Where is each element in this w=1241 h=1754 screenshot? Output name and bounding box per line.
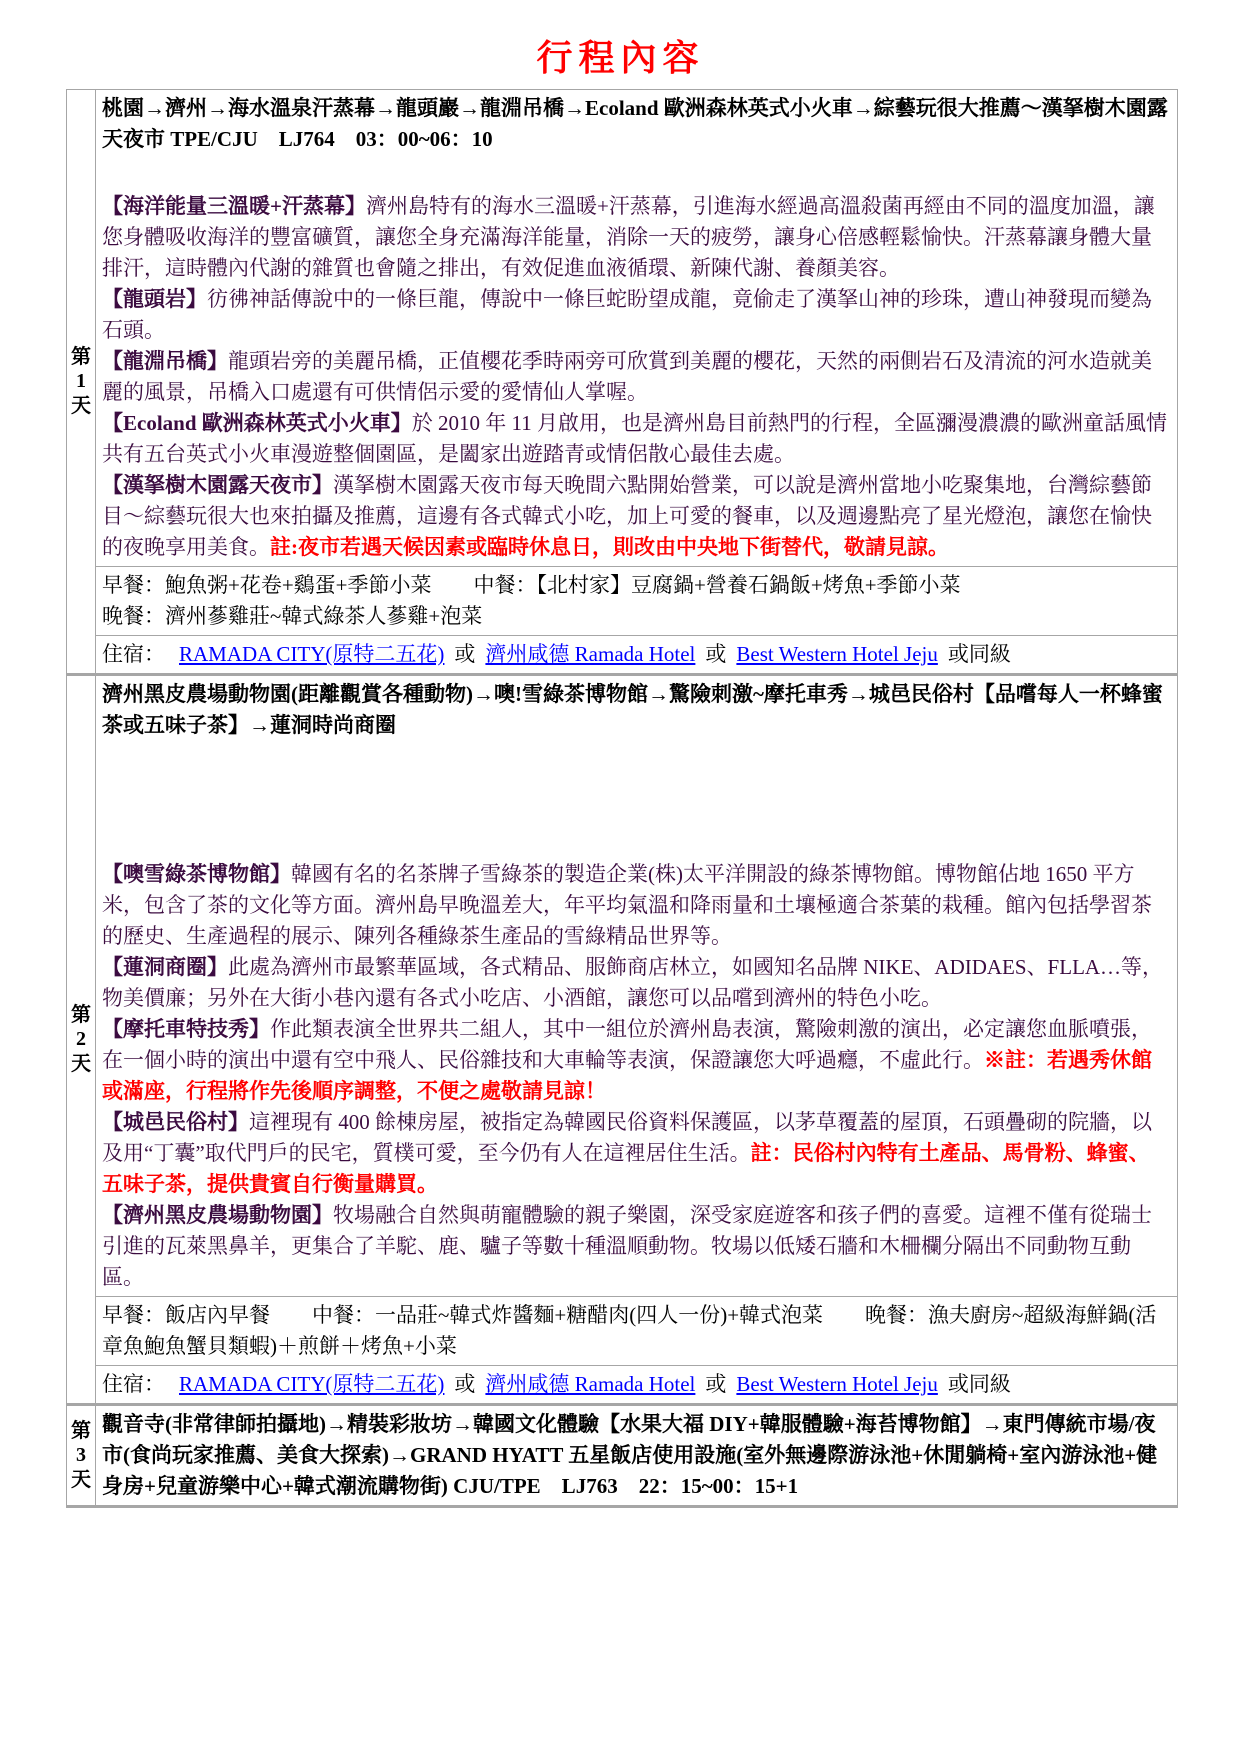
paragraph: 【摩托車特技秀】作此類表演全世界共二組人，其中一組位於濟州島表演，驚險刺激的演出…	[102, 1014, 1169, 1107]
day-1-label: 第 1 天	[67, 90, 96, 673]
paragraph: 【龍頭岩】彷彿神話傳說中的一條巨龍，傳說中一條巨蛇盼望成龍，竟偷走了漢拏山神的珍…	[102, 284, 1169, 346]
day-label-char: 第	[71, 1003, 91, 1027]
day-3-content: 觀音寺(非常律師拍攝地)→精裝彩妝坊→韓國文化體驗【水果大福 DIY+韓服體驗+…	[96, 1406, 1177, 1505]
paragraph-head: 【龍淵吊橋】	[102, 349, 228, 373]
paragraph-head: 【蓮洞商圈】	[102, 955, 228, 979]
meals-line: 晚餐：濟州蔘雞莊~韓式綠茶人蔘雞+泡菜	[102, 601, 1169, 632]
hotel-link-ramada-city[interactable]: RAMADA CITY(原特二五花)	[179, 1372, 444, 1396]
paragraph: 【龍淵吊橋】龍頭岩旁的美麗吊橋，正值櫻花季時兩旁可欣賞到美麗的櫻花，天然的兩側岩…	[102, 346, 1169, 408]
paragraph: 【噢雪綠茶博物館】韓國有名的名茶牌子雪綠茶的製造企業(株)太平洋開設的綠茶博物館…	[102, 859, 1169, 952]
hotel-link-best-western[interactable]: Best Western Hotel Jeju	[736, 642, 937, 666]
day-1-description-cell: 桃園→濟州→海水溫泉汗蒸幕→龍頭巖→龍淵吊橋→Ecoland 歐洲森林英式小火車…	[96, 90, 1177, 566]
day-label-char: 2	[76, 1027, 86, 1051]
day-2-description-cell: 濟州黑皮農場動物園(距離觀賞各種動物)→噢!雪綠茶博物館→驚險刺激~摩托車秀→城…	[96, 676, 1177, 1296]
day-2-hotel-row: 住宿：RAMADA CITY(原特二五花)或濟州咸德 Ramada Hotel或…	[96, 1365, 1177, 1403]
day-1-block: 第 1 天 桃園→濟州→海水溫泉汗蒸幕→龍頭巖→龍淵吊橋→Ecoland 歐洲森…	[67, 90, 1177, 673]
day-2-block: 第 2 天 濟州黑皮農場動物園(距離觀賞各種動物)→噢!雪綠茶博物館→驚險刺激~…	[67, 673, 1177, 1403]
hotel-label: 住宿：	[102, 642, 165, 666]
paragraph-head: 【漢拏樹木園露天夜市】	[102, 473, 333, 497]
meals-line: 早餐：鮑魚粥+花卷+鷄蛋+季節小菜 中餐：【北村家】豆腐鍋+營養石鍋飯+烤魚+季…	[102, 570, 1169, 601]
day-3-description-cell: 觀音寺(非常律師拍攝地)→精裝彩妝坊→韓國文化體驗【水果大福 DIY+韓服體驗+…	[96, 1406, 1177, 1505]
paragraph-head: 【Ecoland 歐洲森林英式小火車】	[102, 411, 412, 435]
paragraph: 【Ecoland 歐洲森林英式小火車】於 2010 年 11 月啟用，也是濟州島…	[102, 408, 1169, 470]
paragraph: 【城邑民俗村】這裡現有 400 餘棟房屋，被指定為韓國民俗資料保護區，以茅草覆蓋…	[102, 1107, 1169, 1200]
hotel-link-ramada-hamdeok[interactable]: 濟州咸德 Ramada Hotel	[485, 642, 695, 666]
hotel-link-ramada-hamdeok[interactable]: 濟州咸德 Ramada Hotel	[485, 1372, 695, 1396]
hotel-separator: 或	[705, 1372, 726, 1396]
day-2-label: 第 2 天	[67, 676, 96, 1403]
day-1-content: 桃園→濟州→海水溫泉汗蒸幕→龍頭巖→龍淵吊橋→Ecoland 歐洲森林英式小火車…	[96, 90, 1177, 673]
day-label-char: 第	[71, 1419, 91, 1443]
page-title: 行程內容	[0, 0, 1241, 81]
paragraph-text: 彷彿神話傳說中的一條巨龍，傳說中一條巨蛇盼望成龍，竟偷走了漢拏山神的珍珠，遭山神…	[102, 287, 1152, 342]
day-label-char: 天	[71, 1052, 91, 1076]
hotel-tail: 或同級	[948, 642, 1011, 666]
day-label-char: 3	[76, 1443, 86, 1467]
day-1-route-title: 桃園→濟州→海水溫泉汗蒸幕→龍頭巖→龍淵吊橋→Ecoland 歐洲森林英式小火車…	[102, 93, 1169, 155]
itinerary-table: 第 1 天 桃園→濟州→海水溫泉汗蒸幕→龍頭巖→龍淵吊橋→Ecoland 歐洲森…	[66, 89, 1178, 1508]
paragraph-head: 【海洋能量三溫暖+汗蒸幕】	[102, 194, 366, 218]
paragraph: 【蓮洞商圈】此處為濟州市最繁華區域，各式精品、服飾商店林立，如國知名品牌 NIK…	[102, 952, 1169, 1014]
day-1-hotel-row: 住宿：RAMADA CITY(原特二五花)或濟州咸德 Ramada Hotel或…	[96, 635, 1177, 673]
day-3-label: 第 3 天	[67, 1406, 96, 1505]
day-label-char: 1	[76, 369, 86, 393]
paragraph-note: 註:夜市若遇天候因素或臨時休息日，則改由中央地下街替代，敬請見諒。	[270, 535, 949, 559]
day-label-char: 第	[71, 345, 91, 369]
paragraph-head: 【濟州黑皮農場動物園】	[102, 1203, 333, 1227]
paragraph-head: 【城邑民俗村】	[102, 1110, 249, 1134]
day-3-route-title: 觀音寺(非常律師拍攝地)→精裝彩妝坊→韓國文化體驗【水果大福 DIY+韓服體驗+…	[102, 1409, 1169, 1502]
hotel-separator: 或	[454, 1372, 475, 1396]
hotel-link-ramada-city[interactable]: RAMADA CITY(原特二五花)	[179, 642, 444, 666]
hotel-separator: 或	[454, 642, 475, 666]
paragraph-head: 【龍頭岩】	[102, 287, 207, 311]
hotel-label: 住宿：	[102, 1372, 165, 1396]
paragraph-head: 【摩托車特技秀】	[102, 1017, 270, 1041]
paragraph: 【海洋能量三溫暖+汗蒸幕】濟州島特有的海水三溫暖+汗蒸幕，引進海水經過高溫殺菌再…	[102, 191, 1169, 284]
paragraph-text: 龍頭岩旁的美麗吊橋，正值櫻花季時兩旁可欣賞到美麗的櫻花，天然的兩側岩石及清流的河…	[102, 349, 1152, 404]
paragraph-text: 此處為濟州市最繁華區域，各式精品、服飾商店林立，如國知名品牌 NIKE、ADID…	[102, 955, 1163, 1010]
day-1-meals-row: 早餐：鮑魚粥+花卷+鷄蛋+季節小菜 中餐：【北村家】豆腐鍋+營養石鍋飯+烤魚+季…	[96, 566, 1177, 635]
hotel-separator: 或	[705, 642, 726, 666]
day-2-content: 濟州黑皮農場動物園(距離觀賞各種動物)→噢!雪綠茶博物館→驚險刺激~摩托車秀→城…	[96, 676, 1177, 1403]
day-3-block: 第 3 天 觀音寺(非常律師拍攝地)→精裝彩妝坊→韓國文化體驗【水果大福 DIY…	[67, 1403, 1177, 1505]
paragraph-head: 【噢雪綠茶博物館】	[102, 862, 291, 886]
day-2-meals-row: 早餐：飯店內早餐 中餐：一品莊~韓式炸醬麵+糖醋肉(四人一份)+韓式泡菜 晚餐：…	[96, 1296, 1177, 1365]
meals-line: 早餐：飯店內早餐 中餐：一品莊~韓式炸醬麵+糖醋肉(四人一份)+韓式泡菜 晚餐：…	[102, 1300, 1169, 1362]
day-label-char: 天	[71, 1468, 91, 1492]
day-label-char: 天	[71, 394, 91, 418]
paragraph: 【濟州黑皮農場動物園】牧場融合自然與萌寵體驗的親子樂園，深受家庭遊客和孩子們的喜…	[102, 1200, 1169, 1293]
hotel-tail: 或同級	[948, 1372, 1011, 1396]
paragraph: 【漢拏樹木園露天夜市】漢拏樹木園露天夜市每天晚間六點開始營業，可以說是濟州當地小…	[102, 470, 1169, 563]
hotel-link-best-western[interactable]: Best Western Hotel Jeju	[736, 1372, 937, 1396]
day-2-route-title: 濟州黑皮農場動物園(距離觀賞各種動物)→噢!雪綠茶博物館→驚險刺激~摩托車秀→城…	[102, 679, 1169, 741]
